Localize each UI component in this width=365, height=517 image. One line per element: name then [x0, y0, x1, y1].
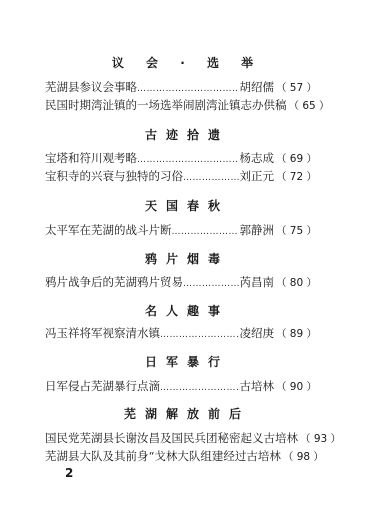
section-title-council-election: 议 会 · 选 举: [0, 54, 365, 71]
section-title-wuhu-liberation: 芜湖解放前后: [0, 405, 365, 422]
entry-page: （ 65 ）: [289, 99, 330, 114]
toc-entry: 芜湖县大队及其前身“戈林大队组建经过 古培林 （ 98 ）: [45, 449, 317, 464]
toc-entry: 鸦片战争后的芜湖鸦片贸易 芮昌南 （ 80 ）: [45, 275, 317, 290]
entry-page: （ 57 ）: [276, 81, 317, 96]
entry-title: 国民党芜湖县长谢汝昌及国民兵团秘密起义: [45, 431, 264, 446]
entry-page: （ 93 ）: [300, 432, 341, 447]
entry-title: 太平军在芜湖的战斗片断: [45, 223, 172, 238]
entry-title: 民国时期湾沚镇的一场选举闹剧: [45, 98, 206, 113]
leader-dots: [183, 171, 239, 186]
toc-entry: 宝积寺的兴衰与独特的习俗 刘正元 （ 72 ）: [45, 169, 317, 184]
section-title-celebrity-anecdotes: 名人趣事: [0, 302, 365, 319]
entry-author: 胡绍儒: [239, 80, 274, 95]
entry-author: 刘正元: [239, 169, 274, 184]
entry-author: 湾沚镇志办供稿: [206, 98, 287, 113]
section-title-heavenly-kingdom: 天国春秋: [0, 197, 365, 214]
entry-author: 古培林: [264, 431, 299, 446]
entry-page: （ 90 ）: [276, 380, 317, 395]
entry-author: 郭静洲: [239, 223, 274, 238]
section-title-japanese-atrocities: 日军暴行: [0, 353, 365, 370]
entry-title: 芜湖县大队及其前身“戈林大队组建经过: [45, 449, 246, 464]
entry-page: （ 72 ）: [276, 170, 317, 185]
entry-title: 宝积寺的兴衰与独特的习俗: [45, 169, 183, 184]
entry-author: 杨志成: [239, 151, 274, 166]
entry-title: 日军侵占芜湖暴行点滴: [45, 379, 160, 394]
entry-author: 古培林: [246, 449, 281, 464]
section-title-historic-sites: 古迹拾遗: [0, 126, 365, 143]
section-title-opium: 鸦片烟毒: [0, 250, 365, 267]
entry-page: （ 98 ）: [283, 450, 324, 465]
toc-entry: 芜湖县参议会事略 胡绍儒 （ 57 ）: [45, 80, 317, 95]
entry-title: 宝塔和符川观考略: [45, 151, 137, 166]
leader-dots: [137, 82, 239, 97]
entry-page: （ 80 ）: [276, 276, 317, 291]
toc-entry: 国民党芜湖县长谢汝昌及国民兵团秘密起义 古培林 （ 93 ）: [45, 431, 317, 446]
toc-entry: 太平军在芜湖的战斗片断 郭静洲 （ 75 ）: [45, 223, 317, 238]
toc-entry: 冯玉祥将军视察清水镇 凌绍庚 （ 89 ）: [45, 326, 317, 341]
leader-dots: [183, 277, 239, 292]
leader-dots: [137, 153, 239, 168]
toc-entry: 民国时期湾沚镇的一场选举闹剧 湾沚镇志办供稿 （ 65 ）: [45, 98, 317, 113]
toc-entry: 日军侵占芜湖暴行点滴 古培林 （ 90 ）: [45, 379, 317, 394]
entry-page: （ 75 ）: [276, 224, 317, 239]
leader-dots: [160, 328, 239, 343]
entry-page: （ 69 ）: [276, 152, 317, 167]
entry-author: 芮昌南: [239, 275, 274, 290]
entry-page: （ 89 ）: [276, 327, 317, 342]
page-number: 2: [65, 466, 73, 480]
entry-title: 芜湖县参议会事略: [45, 80, 137, 95]
entry-title: 冯玉祥将军视察清水镇: [45, 326, 160, 341]
entry-author: 古培林: [239, 379, 274, 394]
toc-page: 议 会 · 选 举 芜湖县参议会事略 胡绍儒 （ 57 ） 民国时期湾沚镇的一场…: [0, 0, 365, 517]
toc-entry: 宝塔和符川观考略 杨志成 （ 69 ）: [45, 151, 317, 166]
entry-author: 凌绍庚: [239, 326, 274, 341]
entry-title: 鸦片战争后的芜湖鸦片贸易: [45, 275, 183, 290]
leader-dots: [172, 225, 240, 240]
leader-dots: [160, 381, 239, 396]
